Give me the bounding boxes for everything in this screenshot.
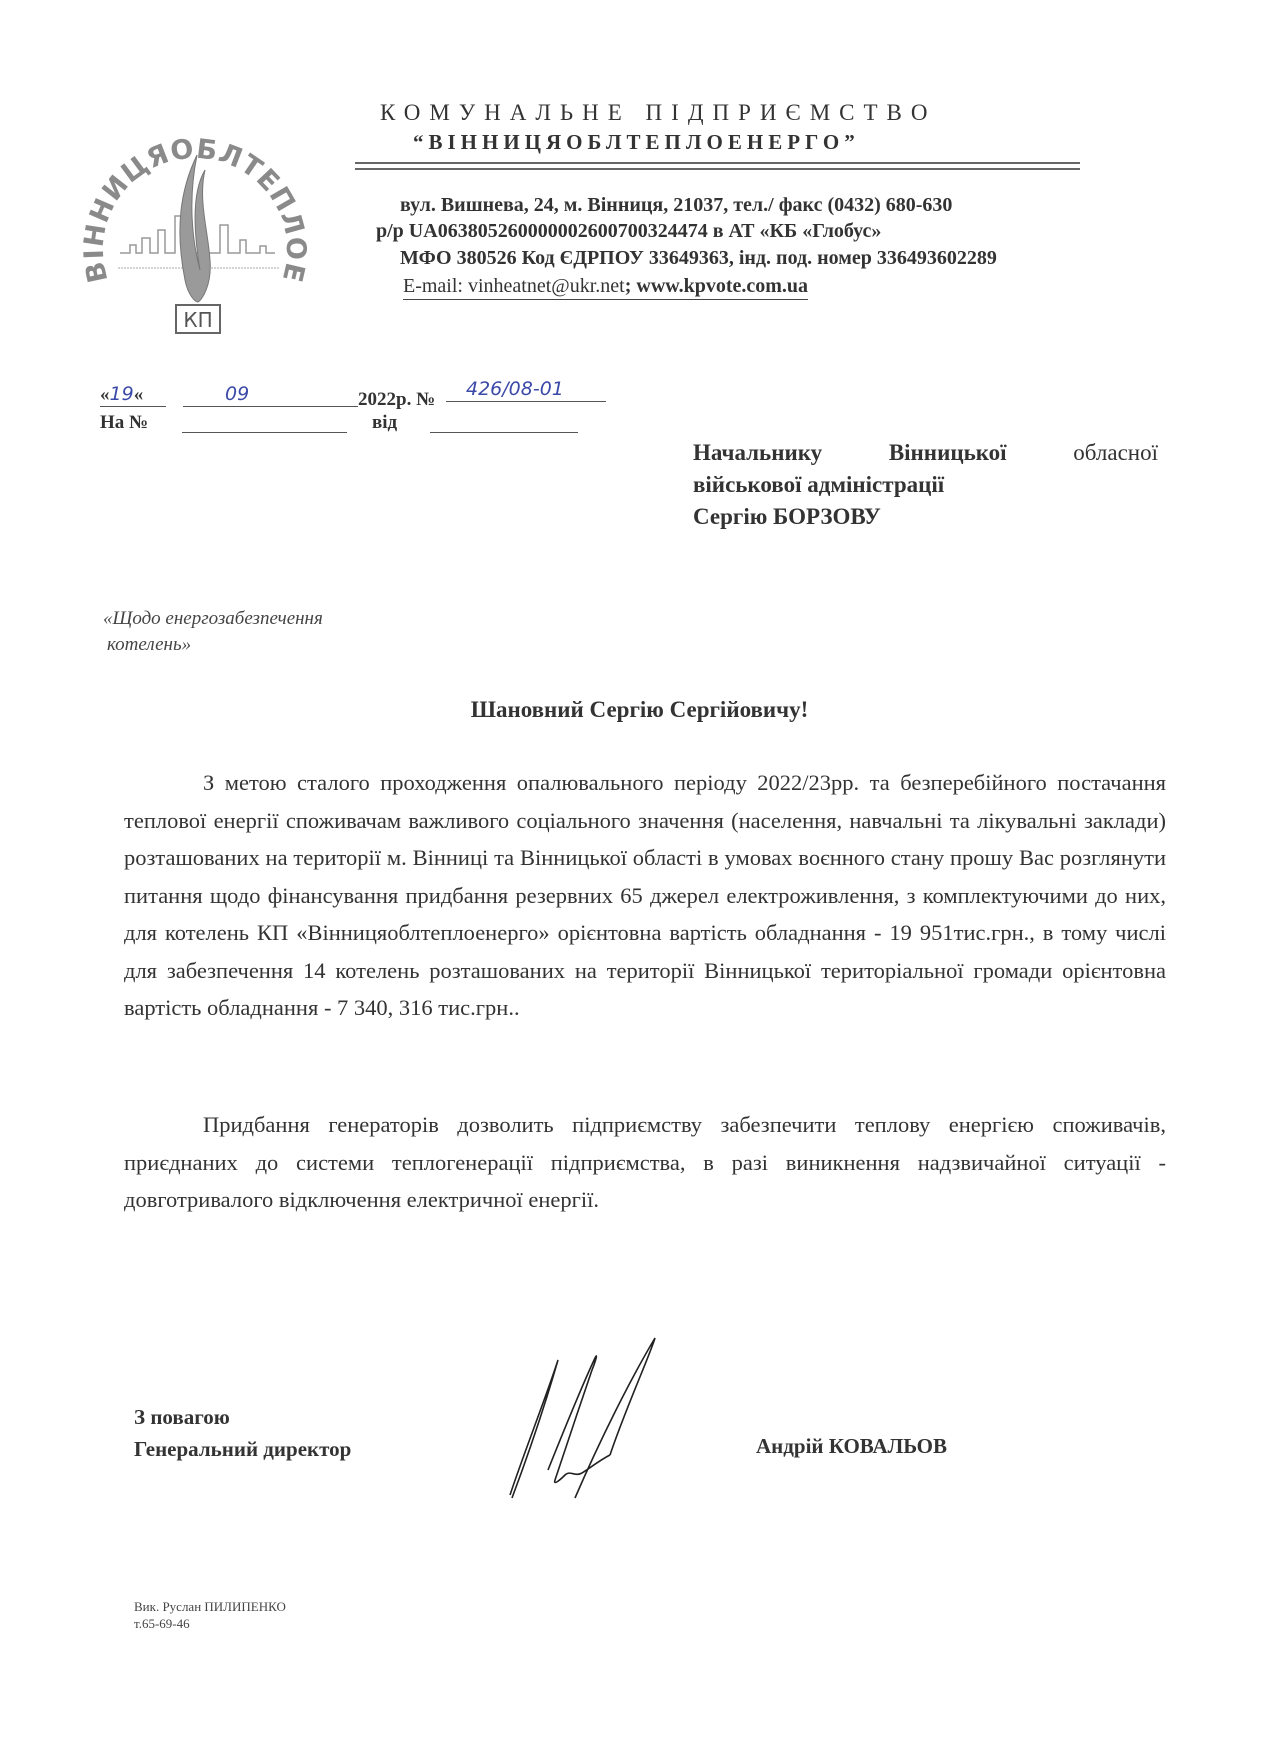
company-address: вул. Вишнева, 24, м. Вінниця, 21037, тел… (400, 194, 952, 217)
ref-number: 426/08-01 (446, 378, 606, 402)
signoff: З повагою Генеральний директор (134, 1401, 351, 1465)
ref-year-label: 2022р. № (358, 389, 435, 411)
salutation: Шановний Сергію Сергійовичу! (0, 697, 1269, 723)
subject: «Щодо енергозабезпечення котелень» (103, 606, 323, 658)
signer-position: Генеральний директор (134, 1433, 351, 1465)
bank-account: р/р UA063805260000002600700324474 в АТ «… (376, 220, 881, 243)
header-divider (355, 162, 1080, 164)
executor-name: Вик. Руслан ПИЛИПЕНКО (134, 1598, 286, 1615)
ref-day: «19« (100, 383, 166, 407)
company-codes: МФО 380526 Код ЄДРПОУ 33649363, інд. под… (400, 247, 997, 270)
contact-links: E-mail: vinheatnet@ukr.net; www.kpvote.c… (403, 275, 808, 300)
ref-month: 09 (183, 383, 358, 407)
body-paragraph-2: Придбання генераторів дозволить підприєм… (124, 1106, 1166, 1219)
body-paragraph-1: З метою сталого проходження опалювальног… (124, 764, 1166, 1027)
org-name: “ВІННИЦЯОБЛТЕПЛОЕНЕРГО” (413, 130, 1053, 155)
closing: З повагою (134, 1401, 351, 1433)
separator: ; (625, 275, 632, 297)
flame-over-city-icon: ВІННИЦЯОБЛТЕПЛОЕНЕРГО КП (70, 110, 320, 345)
org-type: КОМУНАЛЬНЕ ПІДПРИЄМСТВО (380, 100, 1080, 126)
addressee: Начальнику Вінницької обласної військово… (693, 437, 1158, 533)
addressee-line1: Начальнику Вінницької обласної (693, 437, 1158, 469)
executor-info: Вик. Руслан ПИЛИПЕНКО т.65-69-46 (134, 1598, 286, 1632)
reply-number-blank (182, 432, 347, 433)
addressee-line2: військової адміністрації (693, 469, 1158, 501)
logo-badge-text: КП (183, 308, 212, 332)
handwritten-number: 426/08-01 (466, 378, 564, 400)
website-link[interactable]: www.kpvote.com.ua (636, 275, 808, 297)
handwritten-month: 09 (225, 383, 249, 405)
addressee-line3: Сергію БОРЗОВУ (693, 501, 1158, 533)
company-logo: ВІННИЦЯОБЛТЕПЛОЕНЕРГО КП (70, 110, 320, 345)
executor-phone: т.65-69-46 (134, 1615, 286, 1632)
header-divider (355, 168, 1080, 170)
signature-icon (500, 1330, 770, 1510)
reply-label: На № (100, 412, 148, 434)
email-link[interactable]: E-mail: vinheatnet@ukr.net (403, 275, 625, 297)
handwritten-day: 19 (110, 383, 134, 405)
from-date-blank (430, 432, 578, 433)
signer-name: Андрій КОВАЛЬОВ (756, 1434, 947, 1459)
from-label: від (372, 412, 397, 434)
